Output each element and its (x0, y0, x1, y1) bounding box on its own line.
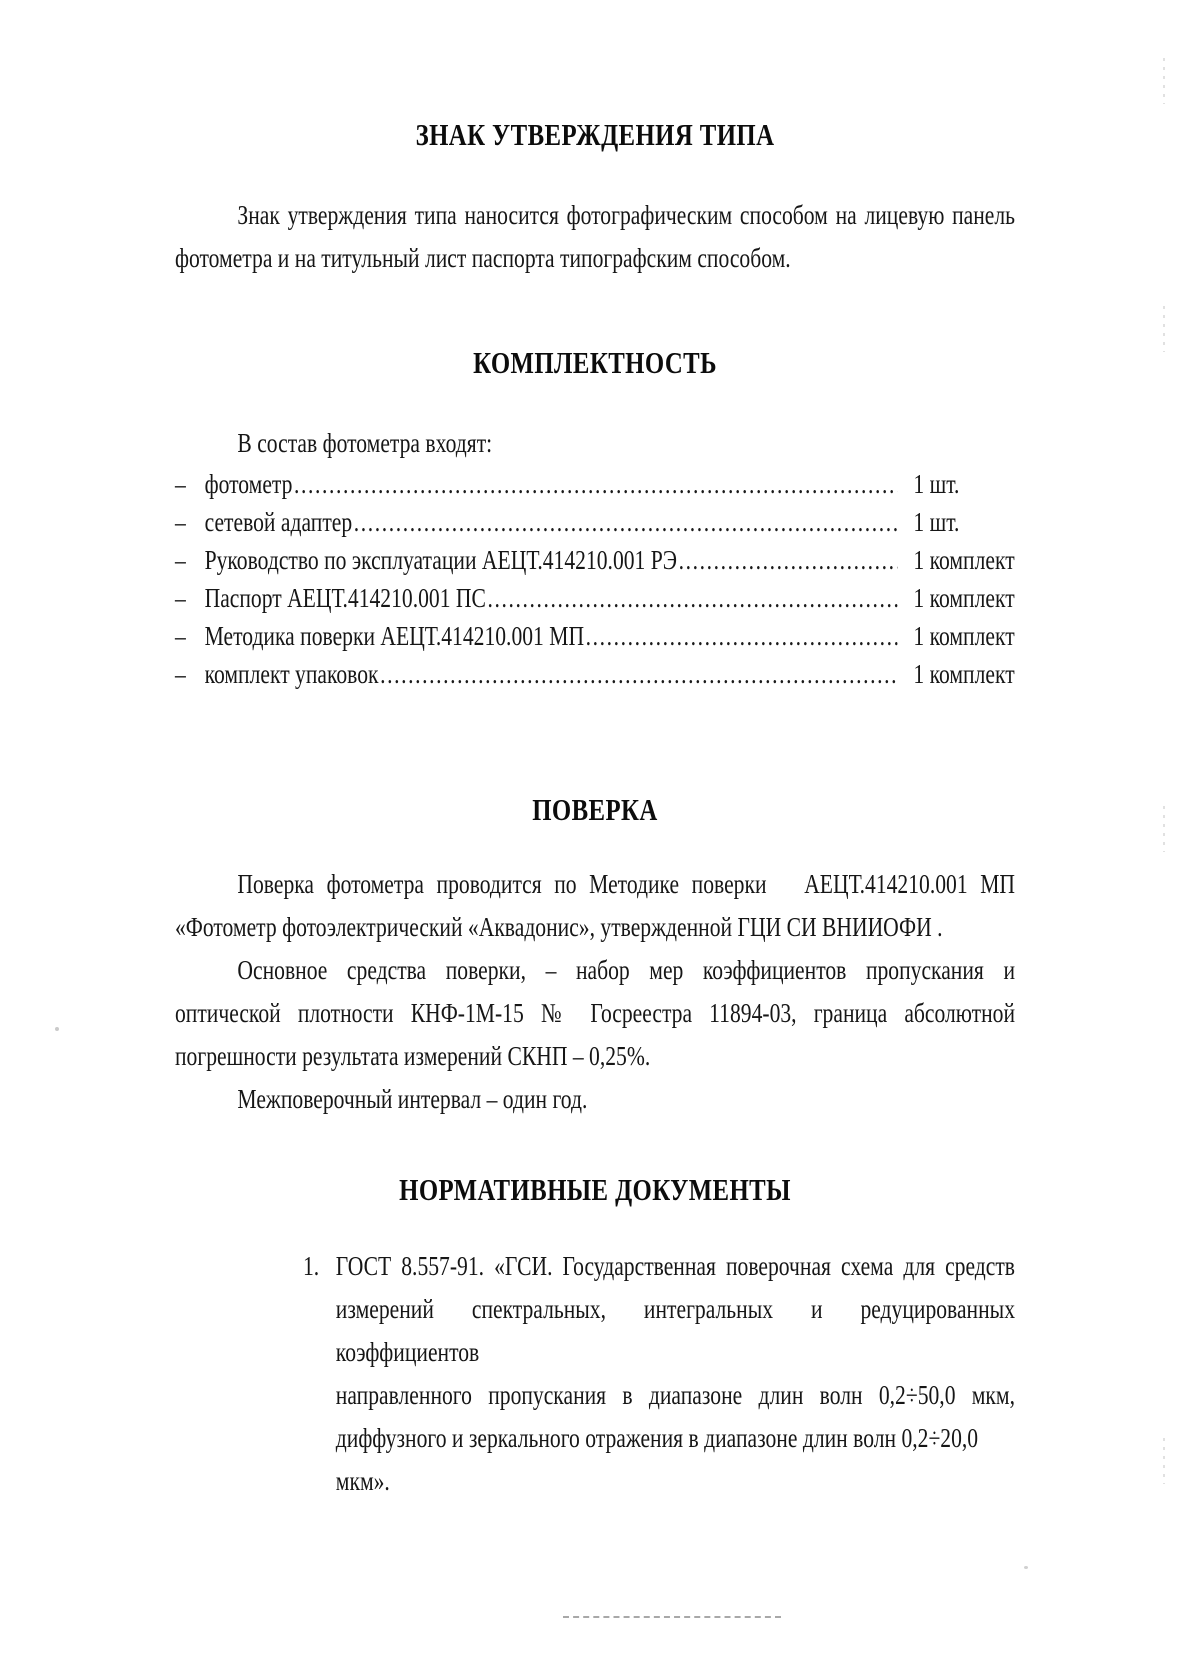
text-line: Основное средства поверки, – набор мер к… (175, 949, 1015, 992)
item-label: Паспорт АЕЦТ.414210.001 ПС (205, 579, 486, 617)
item-quantity: 1 комплект (913, 655, 1015, 693)
item-quantity: 1 комплект (913, 579, 1015, 617)
text-line: В состав фотометра входят: (175, 422, 1015, 465)
scan-artifact-dashed-line (563, 1616, 781, 1618)
normative-heading: НОРМАТИВНЫЕ ДОКУМЕНТЫ (175, 1173, 1015, 1207)
list-item: – комплект упаковок 1 комплект (175, 655, 1015, 693)
text-line: «Фотометр фотоэлектрический «Аквадонис»,… (175, 906, 1015, 949)
text-line: погрешности результата измерений СКНП – … (175, 1035, 1015, 1078)
item-quantity: 1 шт. (913, 465, 1015, 503)
type-approval-paragraph: Знак утверждения типа наносится фотограф… (175, 194, 1015, 280)
dash-marker: – (175, 617, 205, 655)
list-item: – Методика поверки АЕЦТ.414210.001 МП 1 … (175, 617, 1015, 655)
document-content: ЗНАК УТВЕРЖДЕНИЯ ТИПА Знак утверждения т… (175, 0, 1015, 1503)
text-line: диффузного и зеркального отражения в диа… (336, 1417, 1015, 1503)
text-line: Поверка фотометра проводится по Методике… (175, 863, 1015, 906)
dot-leader (679, 541, 898, 579)
dot-leader (488, 579, 898, 617)
normative-item: 1. ГОСТ 8.557-91. «ГСИ. Государственная … (303, 1245, 1015, 1503)
completeness-list: – фотометр 1 шт. – сетевой адаптер 1 шт.… (175, 465, 1015, 693)
list-item: – Паспорт АЕЦТ.414210.001 ПС 1 комплект (175, 579, 1015, 617)
dot-leader (294, 465, 897, 503)
dash-marker: – (175, 465, 205, 503)
dash-marker: – (175, 503, 205, 541)
verification-paragraphs: Поверка фотометра проводится по Методике… (175, 863, 1015, 1121)
list-item: – фотометр 1 шт. (175, 465, 1015, 503)
text-line: оптической плотности КНФ-1М-15 № Госреес… (175, 992, 1015, 1035)
completeness-heading: КОМПЛЕКТНОСТЬ (175, 346, 1015, 380)
scan-artifact-dots (1163, 58, 1165, 104)
document-page: ЗНАК УТВЕРЖДЕНИЯ ТИПА Знак утверждения т… (0, 0, 1188, 1663)
scan-artifact-dots (1163, 1438, 1165, 1484)
item-quantity: 1 шт. (913, 503, 1015, 541)
text-line: Межповерочный интервал – один год. (175, 1078, 1015, 1121)
item-quantity: 1 комплект (913, 541, 1015, 579)
dash-marker: – (175, 541, 205, 579)
item-label: сетевой адаптер (205, 503, 353, 541)
text-line: ГОСТ 8.557-91. «ГСИ. Государственная пов… (336, 1245, 1015, 1288)
item-number: 1. (303, 1245, 336, 1503)
dot-leader (586, 617, 898, 655)
list-item: – сетевой адаптер 1 шт. (175, 503, 1015, 541)
item-label: фотометр (205, 465, 293, 503)
dot-leader (380, 655, 897, 693)
completeness-intro: В состав фотометра входят: (175, 422, 1015, 465)
text-line: направленного пропускания в диапазоне дл… (336, 1374, 1015, 1417)
text-line: Знак утверждения типа наносится фотограф… (175, 194, 1015, 237)
dash-marker: – (175, 579, 205, 617)
scan-artifact-dots (1163, 306, 1165, 352)
text-line: измерений спектральных, интегральных и р… (336, 1288, 1015, 1374)
text-line: фотометра и на титульный лист паспорта т… (175, 237, 1015, 280)
item-quantity: 1 комплект (913, 617, 1015, 655)
type-approval-heading: ЗНАК УТВЕРЖДЕНИЯ ТИПА (175, 118, 1015, 152)
dot-leader (354, 503, 898, 541)
scan-artifact-speck (55, 1027, 59, 1031)
verification-heading: ПОВЕРКА (175, 793, 1015, 827)
item-label: Методика поверки АЕЦТ.414210.001 МП (205, 617, 584, 655)
item-label: Руководство по эксплуатации АЕЦТ.414210.… (205, 541, 677, 579)
normative-item-text: ГОСТ 8.557-91. «ГСИ. Государственная пов… (336, 1245, 1015, 1503)
scan-artifact-speck (1024, 1566, 1028, 1569)
list-item: – Руководство по эксплуатации АЕЦТ.41421… (175, 541, 1015, 579)
dash-marker: – (175, 655, 205, 693)
scan-artifact-dots (1163, 806, 1165, 852)
item-label: комплект упаковок (205, 655, 379, 693)
